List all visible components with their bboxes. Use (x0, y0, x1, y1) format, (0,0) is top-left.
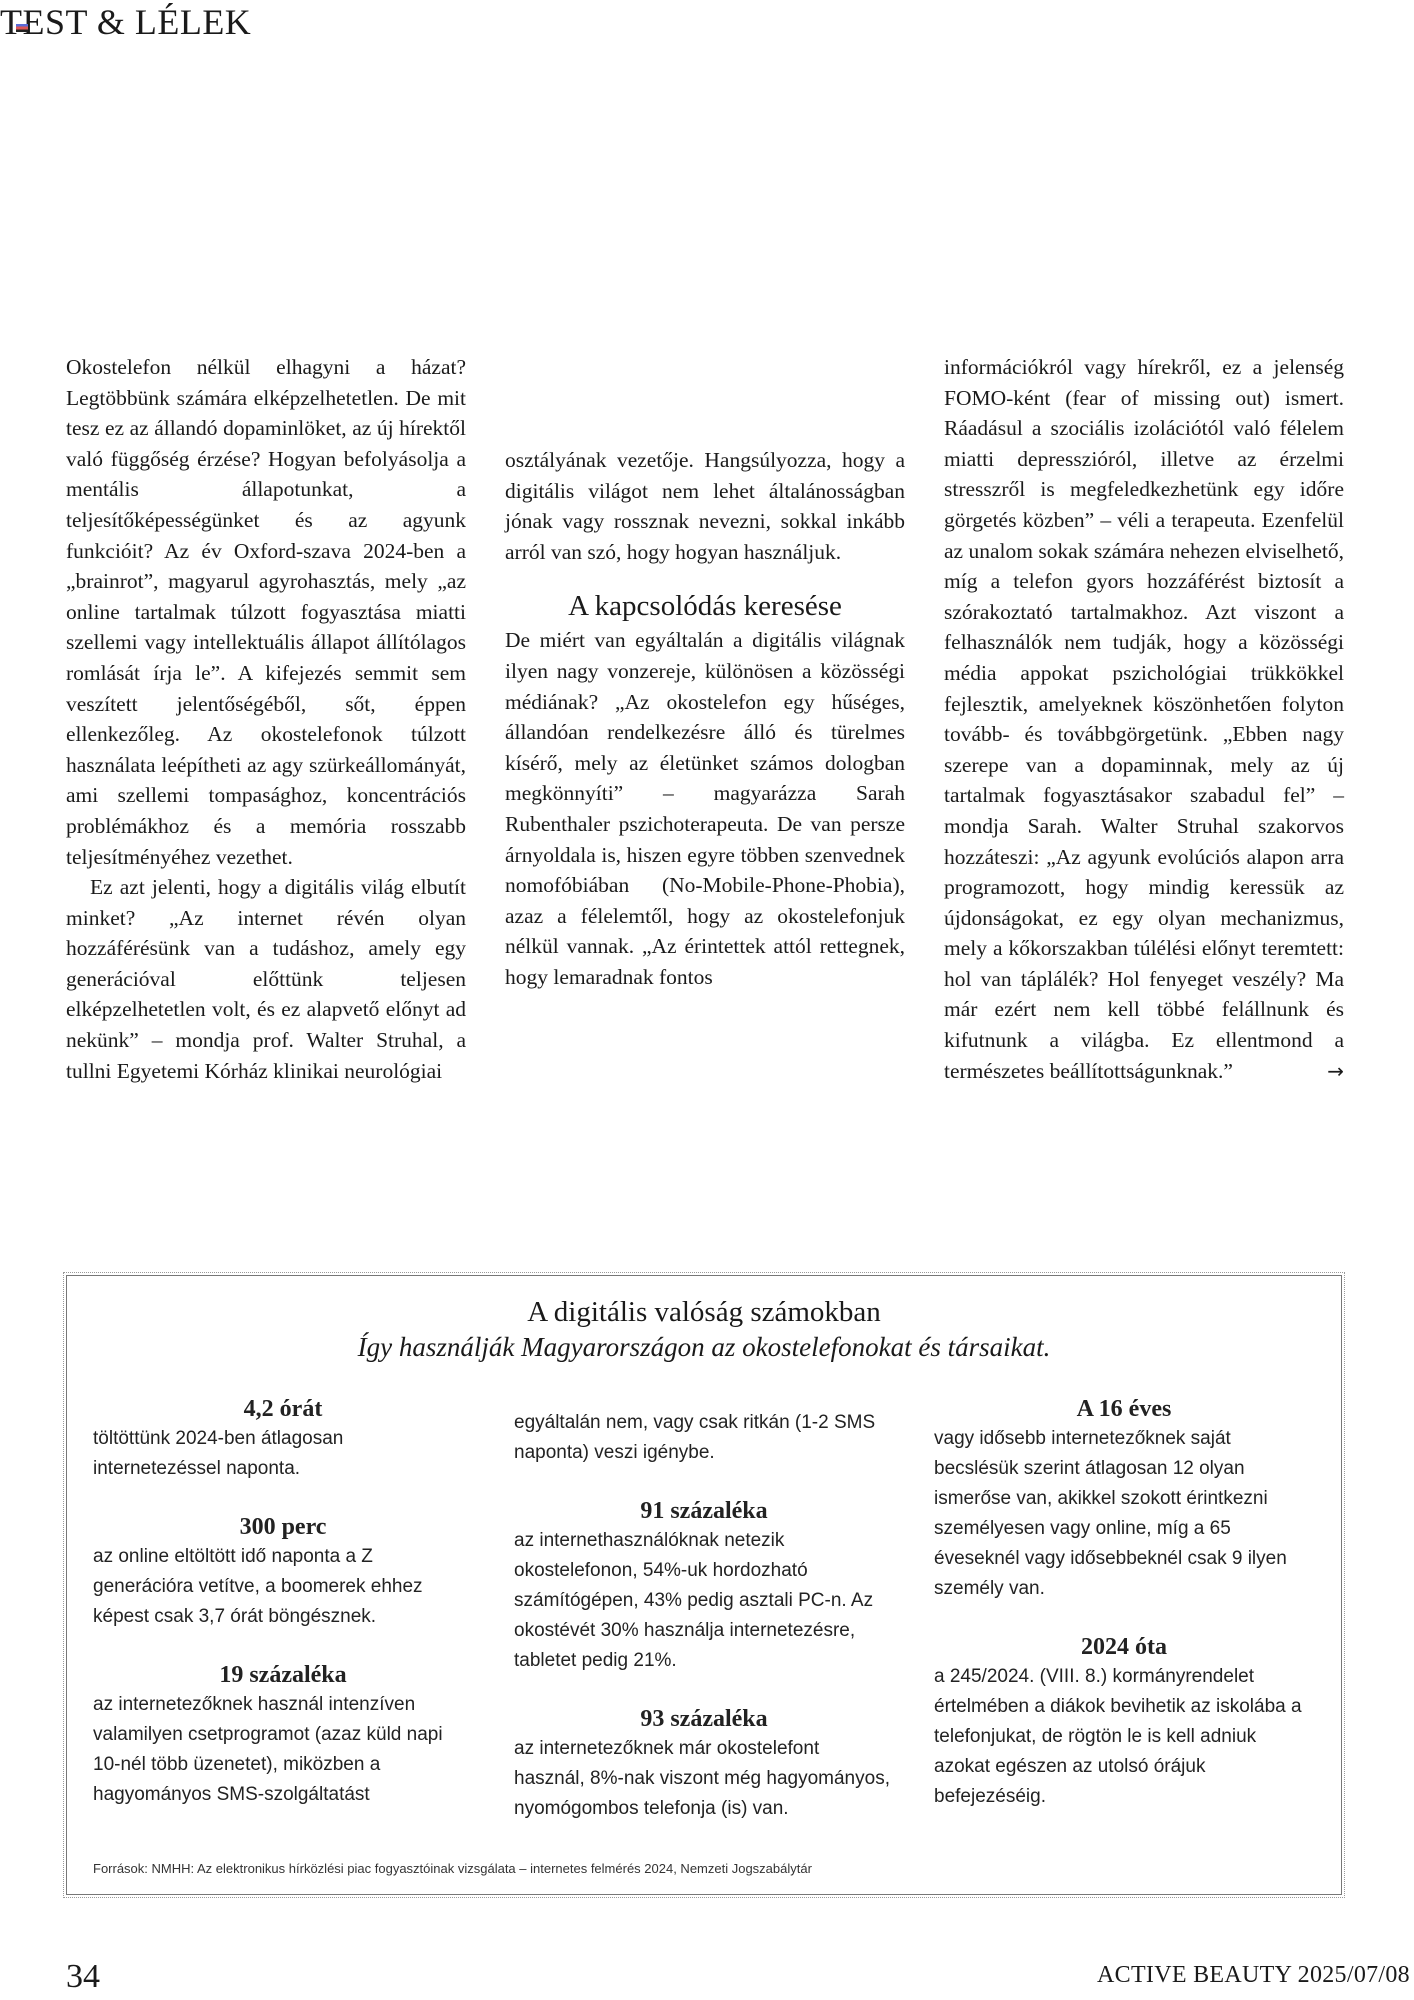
stat-text: az internetezőknek használ intenzíven va… (93, 1690, 473, 1810)
paragraph: Ez azt jelenti, hogy a digitális világ e… (66, 872, 466, 1086)
stat-heading: 4,2 órát (93, 1394, 473, 1424)
stat-heading: 2024 óta (934, 1632, 1314, 1662)
sources-note: Források: NMHH: Az elektronikus hírközlé… (93, 1861, 812, 1876)
paragraph: információkról vagy hírekről, ez a jelen… (944, 352, 1344, 1086)
magazine-issue: ACTIVE BEAUTY 2025/07/08 (1097, 1962, 1410, 1989)
stat-heading: 19 százaléka (93, 1660, 473, 1690)
stats-box: A digitális valóság számokban Így haszná… (66, 1275, 1342, 1895)
article-column-2: osztályának vezetője. Hangsúlyozza, hogy… (505, 445, 905, 993)
stats-box-subtitle: Így használják Magyarországon az okostel… (67, 1330, 1341, 1364)
stat-heading: 93 százaléka (514, 1704, 894, 1734)
stat-item: egyáltalán nem, vagy csak ritkán (1-2 SM… (514, 1408, 894, 1468)
stats-column-2: egyáltalán nem, vagy csak ritkán (1-2 SM… (514, 1408, 894, 1852)
stat-item: A 16 éves vagy idősebb internetezőknek s… (934, 1394, 1314, 1604)
stat-item: 93 százaléka az internetezőknek már okos… (514, 1704, 894, 1824)
stat-heading: 300 perc (93, 1512, 473, 1542)
paragraph: Okostelefon nélkül elhagyni a házat? Leg… (66, 352, 466, 872)
color-bar-icon (16, 24, 28, 32)
article-column-3: információkról vagy hírekről, ez a jelen… (944, 352, 1344, 1086)
paragraph: De miért van egyáltalán a digitális vilá… (505, 625, 905, 992)
stat-text: vagy idősebb internetezőknek saját becsl… (934, 1424, 1314, 1604)
arrow-right-icon: → (1327, 1056, 1344, 1087)
stat-item: 300 perc az online eltöltött idő naponta… (93, 1512, 473, 1632)
article-column-1: Okostelefon nélkül elhagyni a házat? Leg… (66, 352, 466, 1086)
stat-item: 2024 óta a 245/2024. (VIII. 8.) kormányr… (934, 1632, 1314, 1812)
subheading: A kapcsolódás keresése (505, 589, 905, 623)
stat-text: az online eltöltött idő naponta a Z gene… (93, 1542, 473, 1632)
stat-text: egyáltalán nem, vagy csak ritkán (1-2 SM… (514, 1408, 894, 1468)
stats-box-title: A digitális valóság számokban (67, 1294, 1341, 1330)
stat-text: az internethasználóknak netezik okostele… (514, 1526, 894, 1676)
stats-column-1: 4,2 órát töltöttünk 2024-ben átlagosan i… (93, 1394, 473, 1838)
paragraph: osztályának vezetője. Hangsúlyozza, hogy… (505, 445, 905, 567)
section-title: TEST & LÉLEK (0, 2, 251, 42)
page-number: 34 (66, 1958, 100, 1996)
stat-text: a 245/2024. (VIII. 8.) kormányrendelet é… (934, 1662, 1314, 1812)
section-title-text: TEST & LÉLEK (0, 2, 251, 42)
stat-heading: 91 százaléka (514, 1496, 894, 1526)
stat-item: 91 százaléka az internethasználóknak net… (514, 1496, 894, 1676)
stats-column-3: A 16 éves vagy idősebb internetezőknek s… (934, 1394, 1314, 1840)
stat-text: az internetezőknek már okostelefont hasz… (514, 1734, 894, 1824)
stat-item: 4,2 órát töltöttünk 2024-ben átlagosan i… (93, 1394, 473, 1484)
paragraph-text: információkról vagy hírekről, ez a jelen… (944, 355, 1344, 1083)
stat-item: 19 százaléka az internetezőknek használ … (93, 1660, 473, 1810)
stat-text: töltöttünk 2024-ben átlagosan internetez… (93, 1424, 473, 1484)
stat-heading: A 16 éves (934, 1394, 1314, 1424)
